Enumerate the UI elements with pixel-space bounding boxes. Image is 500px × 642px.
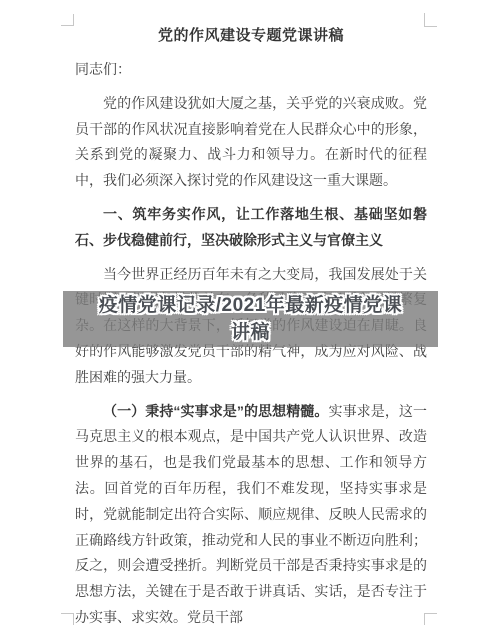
paragraph-intro: 党的作风建设犹如大厦之基，关乎党的兴衰成败。党员干部的作风状况直接影响着党在人民… (75, 91, 427, 194)
document-title: 党的作风建设专题党课讲稿 (75, 25, 427, 47)
subheading-lead: （一）秉持“实事求是”的思想精髓。 (103, 403, 328, 419)
salutation: 同志们： (75, 57, 427, 83)
watermark-title-line2: 讲稿 (231, 322, 270, 343)
watermark-title: 疫情党课记录/2021年最新疫情党课 讲稿 (99, 292, 403, 346)
page-corner-mark-bottom-left (61, 613, 74, 625)
section-heading-one: 一、筑牢务实作风，让工作落地生根、基础坚如磐石、步伐稳健前行，坚决破除形式主义与… (75, 202, 427, 254)
document-page: 党的作风建设专题党课讲稿 同志们： 党的作风建设犹如大厦之基，关乎党的兴衰成败。… (0, 0, 500, 642)
paragraph-seek-truth-text: 实事求是，这一马克思主义的根本观点，是中国共产党人认识世界、改造世界的基石，也是… (75, 403, 427, 625)
watermark-overlay-band: 疫情党课记录/2021年最新疫情党课 讲稿 (63, 291, 438, 347)
watermark-title-line1: 疫情党课记录/2021年最新疫情党课 (99, 295, 403, 316)
page-corner-mark-top-left (61, 14, 74, 26)
paragraph-seek-truth: （一）秉持“实事求是”的思想精髓。实事求是，这一马克思主义的根本观点，是中国共产… (75, 399, 427, 631)
